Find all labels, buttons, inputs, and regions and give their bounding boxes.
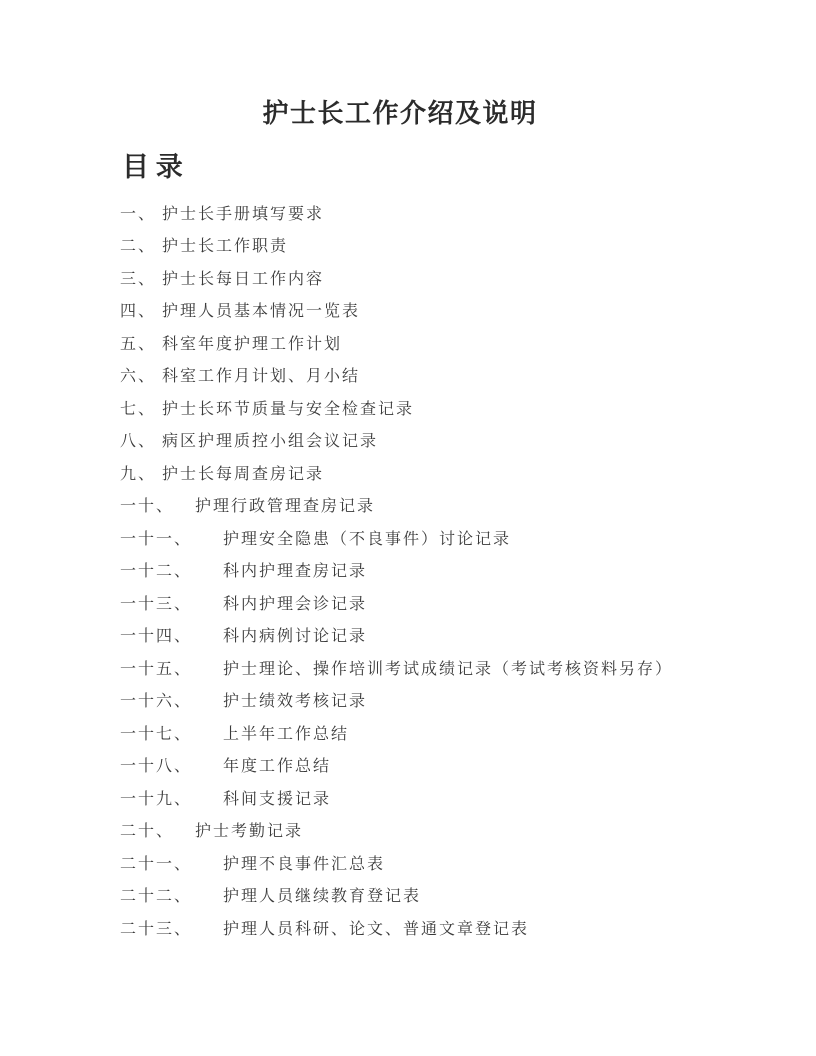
toc-item-label: 护理安全隐患（不良事件）讨论记录 bbox=[223, 526, 511, 549]
toc-item: 一十二、 科内护理查房记录 bbox=[120, 554, 720, 587]
toc-item: 一十六、 护士绩效考核记录 bbox=[120, 684, 720, 717]
toc-item: 一十一、 护理安全隐患（不良事件）讨论记录 bbox=[120, 521, 720, 554]
toc-item-number: 一十五、 bbox=[120, 656, 223, 679]
toc-item-number: 七、 bbox=[120, 396, 162, 419]
toc-item-number: 一十九、 bbox=[120, 786, 223, 809]
toc-item: 一十七、 上半年工作总结 bbox=[120, 716, 720, 749]
toc-item-number: 一十八、 bbox=[120, 753, 223, 776]
toc-item: 一十五、 护士理论、操作培训考试成绩记录（考试考核资料另存） bbox=[120, 651, 720, 684]
toc-item: 二十一、 护理不良事件汇总表 bbox=[120, 846, 720, 879]
toc-item: 一十九、 科间支援记录 bbox=[120, 781, 720, 814]
toc-item-label: 护理不良事件汇总表 bbox=[223, 851, 385, 874]
toc-item-label: 护理人员基本情况一览表 bbox=[162, 298, 360, 321]
toc-item-number: 二十一、 bbox=[120, 851, 223, 874]
toc-item-number: 二十二、 bbox=[120, 883, 223, 906]
toc-item: 四、 护理人员基本情况一览表 bbox=[120, 294, 720, 327]
toc-item-label: 病区护理质控小组会议记录 bbox=[162, 428, 378, 451]
toc-item: 三、 护士长每日工作内容 bbox=[120, 261, 720, 294]
toc-item-label: 护士考勤记录 bbox=[195, 818, 303, 841]
toc-item: 二十三、 护理人员科研、论文、普通文章登记表 bbox=[120, 911, 720, 944]
toc-item-label: 年度工作总结 bbox=[223, 753, 331, 776]
toc-item: 八、 病区护理质控小组会议记录 bbox=[120, 424, 720, 457]
toc-item: 二十、 护士考勤记录 bbox=[120, 814, 720, 847]
toc-item-number: 一十三、 bbox=[120, 591, 223, 614]
toc-item-number: 一十四、 bbox=[120, 623, 223, 646]
toc-item-label: 护士理论、操作培训考试成绩记录（考试考核资料另存） bbox=[223, 656, 673, 679]
toc-item: 一十三、 科内护理会诊记录 bbox=[120, 586, 720, 619]
toc-item-number: 五、 bbox=[120, 331, 162, 354]
toc-item-label: 上半年工作总结 bbox=[223, 721, 349, 744]
toc-item-number: 六、 bbox=[120, 363, 162, 386]
toc-item-label: 护士长手册填写要求 bbox=[162, 201, 324, 224]
toc-item-number: 二十三、 bbox=[120, 916, 223, 939]
toc-item: 一、 护士长手册填写要求 bbox=[120, 196, 720, 229]
toc-item: 六、 科室工作月计划、月小结 bbox=[120, 359, 720, 392]
toc-item: 一十八、 年度工作总结 bbox=[120, 749, 720, 782]
toc-item: 二十二、 护理人员继续教育登记表 bbox=[120, 879, 720, 912]
toc-item-number: 九、 bbox=[120, 461, 162, 484]
toc-list: 一、 护士长手册填写要求 二、 护士长工作职责 三、 护士长每日工作内容 四、 … bbox=[120, 196, 720, 944]
toc-item-number: 一十二、 bbox=[120, 558, 223, 581]
document-page: 护士长工作介绍及说明 目 录 一、 护士长手册填写要求 二、 护士长工作职责 三… bbox=[0, 0, 816, 1056]
toc-item-label: 护理行政管理查房记录 bbox=[195, 493, 375, 516]
toc-item-label: 科间支援记录 bbox=[223, 786, 331, 809]
toc-item-label: 科内病例讨论记录 bbox=[223, 623, 367, 646]
toc-item-number: 八、 bbox=[120, 428, 162, 451]
toc-item: 二、 护士长工作职责 bbox=[120, 229, 720, 262]
toc-item-label: 科内护理查房记录 bbox=[223, 558, 367, 581]
toc-heading: 目 录 bbox=[122, 150, 720, 184]
toc-item-number: 三、 bbox=[120, 266, 162, 289]
toc-item-label: 护士长环节质量与安全检查记录 bbox=[162, 396, 414, 419]
toc-item-label: 护士长每周查房记录 bbox=[162, 461, 324, 484]
toc-item-label: 护士长工作职责 bbox=[162, 233, 288, 256]
toc-item: 五、 科室年度护理工作计划 bbox=[120, 326, 720, 359]
toc-item-label: 护理人员继续教育登记表 bbox=[223, 883, 421, 906]
toc-item: 九、 护士长每周查房记录 bbox=[120, 456, 720, 489]
toc-item-number: 一、 bbox=[120, 201, 162, 224]
document-title: 护士长工作介绍及说明 bbox=[80, 96, 720, 132]
toc-item-number: 二、 bbox=[120, 233, 162, 256]
toc-item-number: 二十、 bbox=[120, 818, 195, 841]
toc-item-label: 护士绩效考核记录 bbox=[223, 688, 367, 711]
toc-item-number: 一十六、 bbox=[120, 688, 223, 711]
toc-item-number: 四、 bbox=[120, 298, 162, 321]
toc-item: 七、 护士长环节质量与安全检查记录 bbox=[120, 391, 720, 424]
toc-item: 一十四、 科内病例讨论记录 bbox=[120, 619, 720, 652]
toc-item-label: 科内护理会诊记录 bbox=[223, 591, 367, 614]
toc-item-label: 护士长每日工作内容 bbox=[162, 266, 324, 289]
toc-item-label: 科室年度护理工作计划 bbox=[162, 331, 342, 354]
toc-item: 一十、 护理行政管理查房记录 bbox=[120, 489, 720, 522]
toc-item-number: 一十一、 bbox=[120, 526, 223, 549]
toc-item-label: 护理人员科研、论文、普通文章登记表 bbox=[223, 916, 529, 939]
toc-item-label: 科室工作月计划、月小结 bbox=[162, 363, 360, 386]
toc-item-number: 一十、 bbox=[120, 493, 195, 516]
toc-item-number: 一十七、 bbox=[120, 721, 223, 744]
